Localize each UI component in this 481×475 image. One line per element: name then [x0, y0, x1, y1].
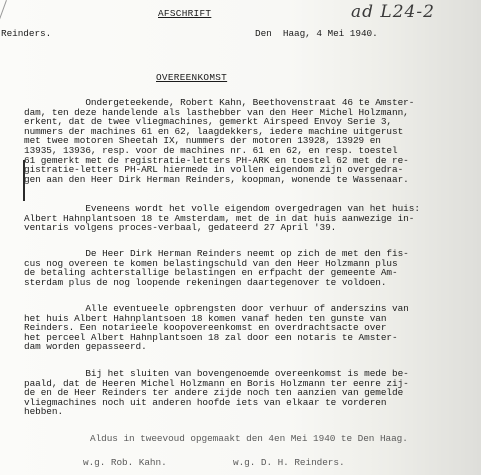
- paragraph-line: dam worden gepasseerd.: [24, 342, 481, 352]
- margin-pencil-mark: [0, 0, 7, 29]
- signature-kahn: w.g. Rob. Kahn.: [83, 458, 167, 468]
- paragraph-4: Alle eventueele opbrengsten door verhuur…: [24, 304, 481, 352]
- paragraph-1: Ondergeteekende, Robert Kahn, Beethovens…: [24, 98, 481, 184]
- paragraph-line: hebben.: [24, 407, 481, 417]
- section-title: OVEREENKOMST: [156, 73, 227, 83]
- signature-reinders: w.g. D. H. Reinders.: [233, 458, 345, 468]
- addressee: Reinders.: [1, 29, 51, 39]
- paragraph-line: vliegmachines noch uit anderen hoofde ie…: [24, 398, 481, 408]
- paragraph-2: Eveneens wordt het volle eigendom overge…: [24, 204, 481, 233]
- paragraph-line: sterdam plus de nog loopende rekeningen …: [24, 278, 481, 288]
- paragraph-line: ventaris volgens proces-verbaal, gedatee…: [24, 223, 481, 233]
- closing-statement: Aldus in tweevoud opgemaakt den 4en Mei …: [90, 434, 408, 444]
- place-date: Den Haag, 4 Mei 1940.: [255, 29, 378, 39]
- handwritten-reference: ad L24-2: [351, 2, 435, 22]
- paragraph-5: Bij het sluiten van bovengenoemde overee…: [24, 369, 481, 417]
- paragraph-line: gen aan den Heer Dirk Herman Reinders, k…: [24, 175, 481, 185]
- paragraph-3: De Heer Dirk Herman Reinders neemt op zi…: [24, 249, 481, 287]
- header-title: AFSCHRIFT: [158, 9, 211, 19]
- document-page: AFSCHRIFT ad L24-2 Reinders. Den Haag, 4…: [0, 0, 481, 475]
